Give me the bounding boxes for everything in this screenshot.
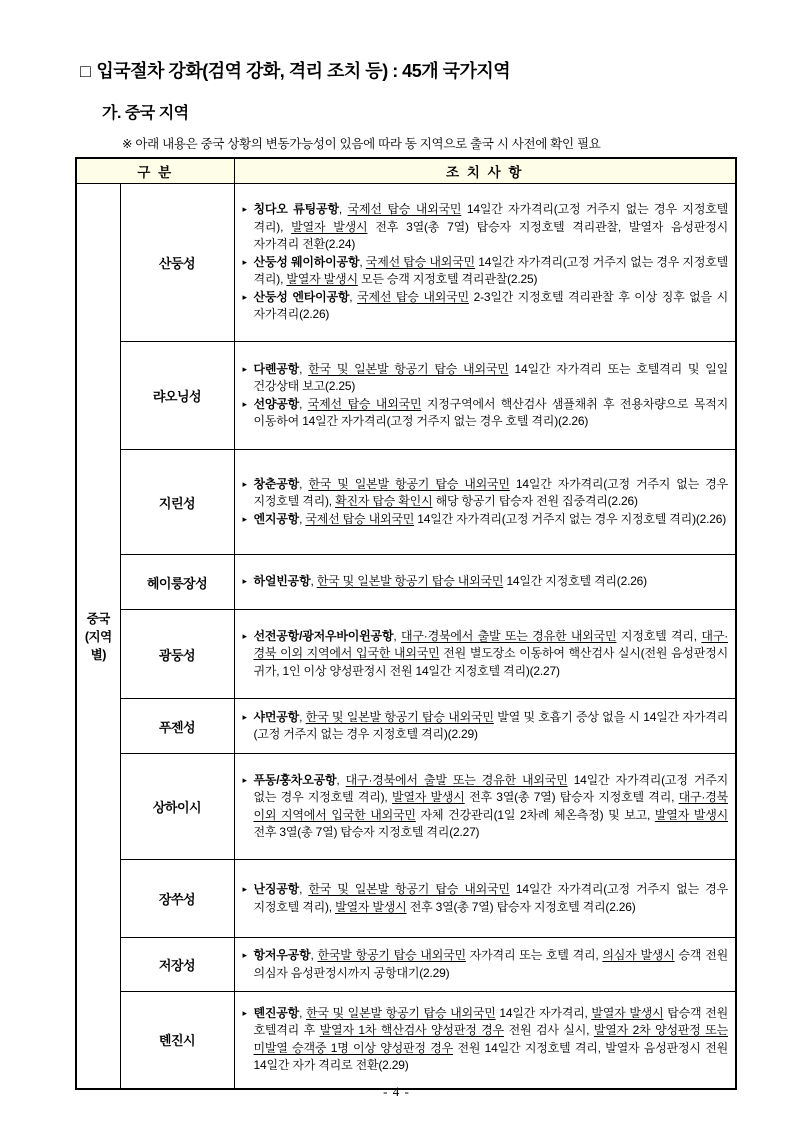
- page-title: □입국절차 강화(검역 강화, 격리 조치 등) : 45개 국가지역: [80, 57, 510, 83]
- region-name-cell: 헤이룽장성: [120, 555, 234, 610]
- region-group-label-bottom: (지역별): [78, 627, 119, 663]
- measure-text-segment: 선전공항/광저우바이윈공항: [254, 629, 394, 643]
- measure-text-segment: 국제선 탑승 내외국민: [348, 202, 462, 216]
- measure-text-segment: 의심자 발생시: [602, 948, 674, 962]
- region-name-cell: 톈진시: [120, 992, 234, 1089]
- measure-item: ▸산둥성 엔타이공항, 국제선 탑승 내외국민 2-3일간 지정호텔 격리관찰 …: [243, 289, 729, 324]
- measure-text-segment: ,: [310, 948, 317, 962]
- measures-table: 구 분 조 치 사 항 중국(지역별)산둥성▸칭다오 류팅공항, 국제선 탑승 …: [75, 157, 737, 1090]
- measure-text-segment: ,: [299, 710, 306, 724]
- measure-item: ▸샤먼공항, 한국 및 일본발 항공기 탑승 내외국민 발열 및 호흡기 증상 …: [243, 709, 729, 744]
- triangle-bullet-icon: ▸: [243, 511, 247, 529]
- measure-text-segment: 샤먼공항: [254, 710, 300, 724]
- measure-text-segment: 한국발 항공기 탑승 내외국민: [318, 948, 466, 962]
- measure-text-segment: 발열자 발생시: [291, 220, 367, 234]
- measure-item: ▸산둥성 웨이하이공항, 국제선 탑승 내외국민 14일간 자가격리(고정 거주…: [243, 254, 729, 289]
- measure-text-segment: 한국 및 일본발 항공기 탑승 내외국민: [308, 477, 509, 491]
- measure-text-segment: 발열자 1차 핵산검사 양성판정 경우: [320, 1023, 504, 1037]
- triangle-bullet-icon: ▸: [243, 254, 247, 272]
- measure-text-segment: ,: [339, 202, 348, 216]
- measure-text-segment: 엔지공항: [254, 512, 300, 526]
- measure-text-segment: 국제선 탑승 내외국민: [305, 512, 414, 526]
- measures-cell: ▸선전공항/광저우바이윈공항, 대구·경북에서 출발 또는 경유한 내외국민 지…: [234, 610, 736, 699]
- document-page: □입국절차 강화(검역 강화, 격리 조치 등) : 45개 국가지역 가. 중…: [0, 0, 793, 1121]
- measures-cell: ▸항저우공항, 한국발 항공기 탑승 내외국민 자가격리 또는 호텔 격리, 의…: [234, 938, 736, 992]
- measure-text-segment: ,: [299, 1006, 306, 1020]
- measure-text-segment: 창춘공항: [254, 477, 300, 491]
- triangle-bullet-icon: ▸: [243, 289, 247, 307]
- measure-text-segment: 전후 3열(총 7열) 탑승자 지정호텔 격리,: [465, 790, 679, 804]
- measure-text-segment: 14일간 자가격리(고정 거주지 없는 경우 지정호텔 격리)(2.26): [414, 512, 726, 526]
- column-header-measures: 조 치 사 항: [234, 158, 736, 184]
- triangle-bullet-icon: ▸: [243, 628, 247, 646]
- measure-text-segment: 해당 항공기 탑승자 전원 집중격리(2.26): [432, 494, 637, 508]
- measure-item: ▸창춘공항, 한국 및 일본발 항공기 탑승 내외국민 14일간 자가격리(고정…: [243, 476, 729, 511]
- page-title-text: 입국절차 강화(검역 강화, 격리 조치 등) : 45개 국가지역: [96, 61, 510, 81]
- measure-text-segment: 대구·경북에서 출발 또는 경유한 내외국민: [346, 773, 568, 787]
- triangle-bullet-icon: ▸: [243, 201, 247, 219]
- table-body: 중국(지역별)산둥성▸칭다오 류팅공항, 국제선 탑승 내외국민 14일간 자가…: [76, 184, 736, 1089]
- measure-item: ▸칭다오 류팅공항, 국제선 탑승 내외국민 14일간 자가격리(고정 거주지 …: [243, 201, 729, 254]
- table-row: 중국(지역별)산둥성▸칭다오 류팅공항, 국제선 탑승 내외국민 14일간 자가…: [76, 184, 736, 342]
- measure-text-segment: 14일간 지정호텔 격리(2.26): [503, 574, 647, 588]
- measures-cell: ▸톈진공항, 한국 및 일본발 항공기 탑승 내외국민 14일간 자가격리, 발…: [234, 992, 736, 1089]
- measures-cell: ▸칭다오 류팅공항, 국제선 탑승 내외국민 14일간 자가격리(고정 거주지 …: [234, 184, 736, 342]
- measure-text-segment: 14일간 자가격리,: [496, 1006, 592, 1020]
- region-name-cell: 랴오닝성: [120, 342, 234, 450]
- measure-item: ▸항저우공항, 한국발 항공기 탑승 내외국민 자가격리 또는 호텔 격리, 의…: [243, 947, 729, 982]
- measure-text-segment: 칭다오 류팅공항: [254, 202, 339, 216]
- region-name-cell: 산둥성: [120, 184, 234, 342]
- triangle-bullet-icon: ▸: [243, 709, 247, 727]
- measures-cell: ▸푸동/훙차오공항, 대구·경북에서 출발 또는 경유한 내외국민 14일간 자…: [234, 754, 736, 860]
- measure-text-segment: 발열자 발생시: [335, 900, 407, 914]
- measure-text-segment: ,: [299, 882, 308, 896]
- section-title: 가. 중국 지역: [102, 100, 189, 123]
- measure-text-segment: 국제선 탑승 내외국민: [357, 290, 469, 304]
- measure-text-segment: 발열자 발생시: [286, 272, 358, 286]
- measure-item: ▸푸동/훙차오공항, 대구·경북에서 출발 또는 경유한 내외국민 14일간 자…: [243, 772, 729, 842]
- region-group-cell: 중국(지역별): [76, 184, 120, 1089]
- measure-text-segment: 국제선 탑승 내외국민: [308, 397, 422, 411]
- measure-text-segment: 자체 건강관리(1일 2차례 체온측정) 및 보고,: [416, 808, 655, 822]
- measure-text-segment: 항저우공항: [254, 948, 311, 962]
- table-row: 저장성▸항저우공항, 한국발 항공기 탑승 내외국민 자가격리 또는 호텔 격리…: [76, 938, 736, 992]
- region-name-cell: 푸젠성: [120, 699, 234, 754]
- measures-cell: ▸하얼빈공항, 한국 및 일본발 항공기 탑승 내외국민 14일간 지정호텔 격…: [234, 555, 736, 610]
- measure-item: ▸선전공항/광저우바이윈공항, 대구·경북에서 출발 또는 경유한 내외국민 지…: [243, 628, 729, 681]
- square-bullet-icon: □: [80, 61, 90, 81]
- measure-item: ▸난징공항, 한국 및 일본발 항공기 탑승 내외국민 14일간 자가격리(고정…: [243, 881, 729, 916]
- page-number: - 4 -: [0, 1084, 793, 1100]
- measure-text-segment: 발열자 발생시: [591, 1006, 663, 1020]
- region-name-cell: 광둥성: [120, 610, 234, 699]
- measure-item: ▸톈진공항, 한국 및 일본발 항공기 탑승 내외국민 14일간 자가격리, 발…: [243, 1005, 729, 1075]
- measures-cell: ▸창춘공항, 한국 및 일본발 항공기 탑승 내외국민 14일간 자가격리(고정…: [234, 450, 736, 555]
- table-row: 헤이룽장성▸하얼빈공항, 한국 및 일본발 항공기 탑승 내외국민 14일간 지…: [76, 555, 736, 610]
- table-row: 지린성▸창춘공항, 한국 및 일본발 항공기 탑승 내외국민 14일간 자가격리…: [76, 450, 736, 555]
- triangle-bullet-icon: ▸: [243, 1005, 247, 1023]
- region-name-cell: 지린성: [120, 450, 234, 555]
- measure-text-segment: 국제선 탑승 내외국민: [366, 255, 475, 269]
- region-group-label-top: 중국: [78, 609, 119, 627]
- measure-text-segment: 난징공항: [254, 882, 300, 896]
- measure-text-segment: 전후 3열(총 7열) 탑승자 지정호텔 격리(2.27): [254, 825, 480, 839]
- table-row: 랴오닝성▸다롄공항, 한국 및 일본발 항공기 탑승 내외국민 14일간 자가격…: [76, 342, 736, 450]
- measure-text-segment: 한국 및 일본발 항공기 탑승 내외국민: [306, 1006, 496, 1020]
- measure-text-segment: 발열자 발생시: [392, 790, 465, 804]
- measure-text-segment: 산둥성 엔타이공항: [254, 290, 350, 304]
- measure-text-segment: 전후 3열(총 7열) 탑승자 지정호텔 격리(2.26): [407, 900, 636, 914]
- region-name-cell: 저장성: [120, 938, 234, 992]
- measure-text-segment: 한국 및 일본발 항공기 탑승 내외국민: [308, 882, 509, 896]
- measure-text-segment: 산둥성 웨이하이공항: [254, 255, 360, 269]
- measure-text-segment: 선양공항: [254, 397, 300, 411]
- triangle-bullet-icon: ▸: [243, 881, 247, 899]
- measure-text-segment: ,: [393, 629, 401, 643]
- measure-text-segment: ,: [299, 477, 308, 491]
- note-text: ※ 아래 내용은 중국 상황의 변동가능성이 있음에 따라 동 지역으로 출국 …: [122, 134, 601, 152]
- measure-text-segment: 한국 및 일본발 항공기 탑승 내외국민: [308, 362, 508, 376]
- measure-item: ▸하얼빈공항, 한국 및 일본발 항공기 탑승 내외국민 14일간 지정호텔 격…: [243, 573, 729, 591]
- table-row: 톈진시▸톈진공항, 한국 및 일본발 항공기 탑승 내외국민 14일간 자가격리…: [76, 992, 736, 1089]
- table-header-row: 구 분 조 치 사 항: [76, 158, 736, 184]
- measure-text-segment: 전원 검사 실시,: [504, 1023, 594, 1037]
- measures-cell: ▸난징공항, 한국 및 일본발 항공기 탑승 내외국민 14일간 자가격리(고정…: [234, 860, 736, 938]
- triangle-bullet-icon: ▸: [243, 947, 247, 965]
- measure-text-segment: ,: [336, 773, 345, 787]
- table-row: 광둥성▸선전공항/광저우바이윈공항, 대구·경북에서 출발 또는 경유한 내외국…: [76, 610, 736, 699]
- measure-text-segment: 모든 승객 지정호텔 격리관찰(2.25): [358, 272, 537, 286]
- measure-item: ▸엔지공항, 국제선 탑승 내외국민 14일간 자가격리(고정 거주지 없는 경…: [243, 511, 729, 529]
- measure-text-segment: 확진자 탑승 확인시: [335, 494, 432, 508]
- region-name-cell: 상하이시: [120, 754, 234, 860]
- measure-text-segment: 다롄공항: [254, 362, 300, 376]
- measure-text-segment: ,: [349, 290, 357, 304]
- measure-item: ▸다롄공항, 한국 및 일본발 항공기 탑승 내외국민 14일간 자가격리 또는…: [243, 361, 729, 396]
- measure-text-segment: 한국 및 일본발 항공기 탑승 내외국민: [306, 710, 494, 724]
- measure-text-segment: 지정호텔 격리,: [616, 629, 701, 643]
- measures-cell: ▸샤먼공항, 한국 및 일본발 항공기 탑승 내외국민 발열 및 호흡기 증상 …: [234, 699, 736, 754]
- triangle-bullet-icon: ▸: [243, 396, 247, 414]
- measures-cell: ▸다롄공항, 한국 및 일본발 항공기 탑승 내외국민 14일간 자가격리 또는…: [234, 342, 736, 450]
- measure-text-segment: ,: [299, 362, 308, 376]
- measure-text-segment: 발열자 발생시: [655, 808, 728, 822]
- measure-text-segment: 하얼빈공항: [254, 574, 311, 588]
- table-row: 장쑤성▸난징공항, 한국 및 일본발 항공기 탑승 내외국민 14일간 자가격리…: [76, 860, 736, 938]
- measure-text-segment: ,: [299, 397, 308, 411]
- column-header-category: 구 분: [76, 158, 234, 184]
- triangle-bullet-icon: ▸: [243, 476, 247, 494]
- triangle-bullet-icon: ▸: [243, 361, 247, 379]
- table-row: 상하이시▸푸동/훙차오공항, 대구·경북에서 출발 또는 경유한 내외국민 14…: [76, 754, 736, 860]
- measure-text-segment: 자가격리 또는 호텔 격리,: [466, 948, 603, 962]
- measure-text-segment: 대구·경북에서 출발 또는 경유한 내외국민: [401, 629, 616, 643]
- measure-text-segment: 푸동/훙차오공항: [254, 773, 337, 787]
- measure-text-segment: 한국 및 일본발 항공기 탑승 내외국민: [317, 574, 504, 588]
- measure-item: ▸선양공항, 국제선 탑승 내외국민 지정구역에서 핵산검사 샘플채취 후 전용…: [243, 396, 729, 431]
- region-name-cell: 장쑤성: [120, 860, 234, 938]
- triangle-bullet-icon: ▸: [243, 772, 247, 790]
- table-row: 푸젠성▸샤먼공항, 한국 및 일본발 항공기 탑승 내외국민 발열 및 호흡기 …: [76, 699, 736, 754]
- measure-text-segment: 톈진공항: [254, 1006, 300, 1020]
- triangle-bullet-icon: ▸: [243, 573, 247, 591]
